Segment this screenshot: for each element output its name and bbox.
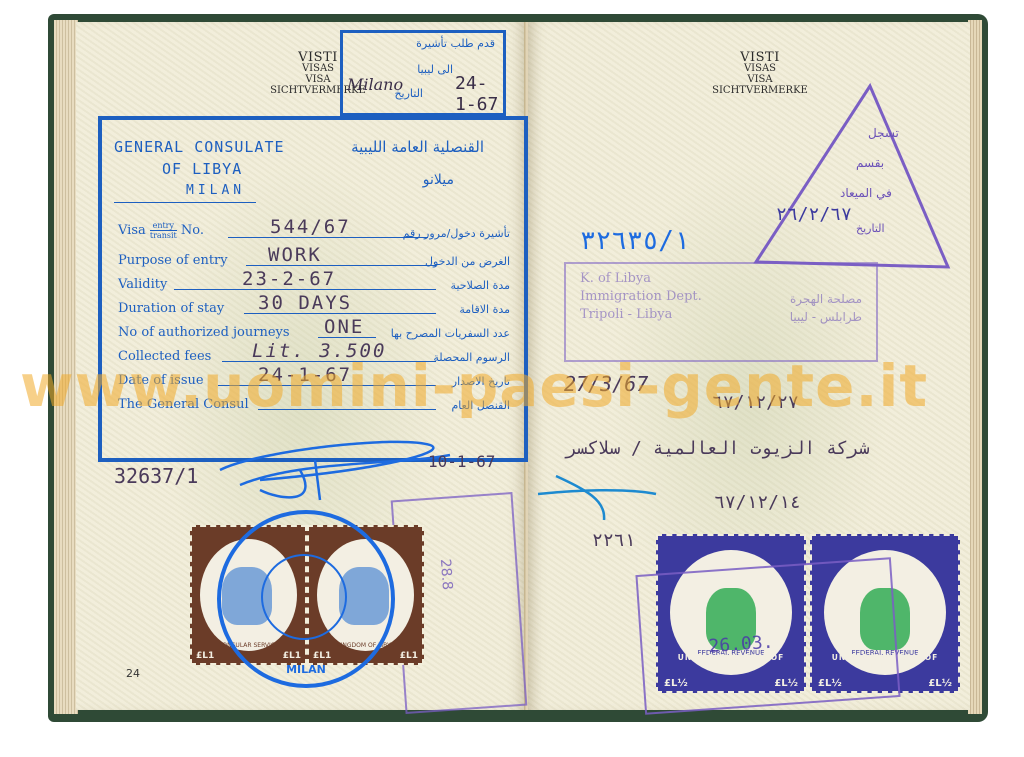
field-label: No of authorized journeys [118,325,290,340]
cancellation-date: 26.03. [708,632,774,657]
consulate-circular-stamp: MILAN [217,510,395,688]
triangle-registration-stamp [752,82,952,272]
field-label: Date of issue [118,373,204,388]
stamp-value: £L½ [928,678,952,689]
field-journeys: No of authorized journeys ONE عدد السفري… [118,320,514,342]
field-value: Lit. 3.500 [252,340,386,362]
page-number: 24 [126,667,140,680]
handwritten-number-arabic: ٣٢٦٣٥/١ [580,226,690,256]
triangle-arabic-line: تسجل [868,126,899,140]
heading-visti: VISTI [690,52,830,63]
handwritten-arabic-note: شركة الزيوت العالمية / سلاكسر [566,438,869,459]
field-label: Duration of stay [118,301,224,316]
field-purpose: Purpose of entry WORK الغرض من الدخول [118,248,514,270]
immigration-arabic-line: مصلحة الهجرة [790,290,862,308]
field-consul: The General Consul القنصل العام [118,392,514,414]
immigration-line: K. of Libya [580,270,702,288]
field-arabic: مدة الصلاحية [451,279,510,292]
heading-visas: VISAS [690,63,830,74]
field-label: The General Consul [118,397,249,412]
field-value: 23-2-67 [242,268,336,290]
consulate-city: MILAN [114,180,256,203]
consulate-arabic-city: ميلانو [423,172,454,188]
field-fees: Collected fees Lit. 3.500 الرسوم المحصلة [118,344,514,366]
consulate-visa-stamp: GENERAL CONSULATE OF LIBYA MILAN القنصلي… [98,116,528,462]
field-duration: Duration of stay 30 DAYS مدة الاقامة [118,296,514,318]
stamp-value: £L1 [400,651,418,661]
cancellation-stamp: 26.03. [635,557,900,715]
field-value: 30 DAYS [258,292,352,314]
consulate-arabic-title: القنصلية العامة الليبية [351,138,484,156]
visa-application-stamp: قدم طلب تأشيرة الى ليبيا التاريخ Milano … [340,30,506,116]
stamp-arabic-line: قدم طلب تأشيرة [416,37,495,50]
handwritten-date-latin: 27/3/67 [564,372,648,396]
consulate-title: GENERAL CONSULATE OF LIBYA MILAN [114,136,285,203]
consulate-title-line: OF LIBYA [114,158,285,180]
field-arabic: مدة الاقامة [459,303,510,316]
handwritten-date: 24-1-67 [455,73,503,115]
field-value: 24-1-67 [258,364,352,386]
field-arabic: تاريخ الاصدار [452,375,510,388]
field-arabic: تأشيرة دخول/مرور رقم [403,227,510,240]
handwritten-reference: 32637/1 [114,464,198,488]
stamp-value: £L1 [196,651,214,661]
field-arabic: عدد السفريات المصرح بها [391,327,510,340]
field-arabic: الرسوم المحصلة [433,351,510,364]
handwritten-place: Milano [347,75,403,94]
immigration-arabic-line: طرابلس - ليبيا [790,308,862,326]
immigration-stamp: K. of Libya Immigration Dept. Tripoli - … [564,262,878,362]
handwritten-arabic-number: ٢٢٦١ [592,530,635,551]
field-date-issue: Date of issue 24-1-67 تاريخ الاصدار [118,368,514,390]
triangle-arabic-line: التاريخ [856,222,885,235]
consulate-title-line: GENERAL CONSULATE [114,138,285,156]
triangle-arabic-line: بقسم [856,156,884,170]
field-value: 544/67 [270,216,351,238]
immigration-line: Immigration Dept. [580,288,702,306]
field-label: Purpose of entry [118,253,228,268]
stamp-arabic-line: الى ليبيا [417,63,453,76]
field-arabic: القنصل العام [451,399,510,412]
handwritten-date-left: 10-1-67 [428,452,495,471]
field-validity: Validity 23-2-67 مدة الصلاحية [118,272,514,294]
page-edges-left [54,20,78,714]
field-value: WORK [268,244,322,266]
triangle-handwritten-date: ٢٦/٢/٦٧ [776,204,852,225]
field-label: Visa entrytransit No. [118,221,204,240]
purple-stamp-date: 28.8 [437,558,455,590]
field-arabic: الغرض من الدخول [425,255,510,268]
field-visa-number: Visa entrytransit No. 544/67 تأشيرة دخول… [118,220,514,242]
handwritten-arabic-date: ٦٧/١٢/١٤ [714,492,801,513]
immigration-line: Tripoli - Libya [580,306,702,324]
handwritten-date-arabic: ٦٧/١٢/٢٧ [712,392,799,413]
blue-ink-cross-mark [536,470,666,530]
triangle-arabic-line: في الميعاد [840,186,892,200]
circular-stamp-city: MILAN [221,663,391,676]
field-line [258,409,436,410]
field-label: Validity [118,277,167,292]
field-label: Collected fees [118,349,211,364]
field-value: ONE [324,316,364,338]
page-edges-right [968,20,982,714]
